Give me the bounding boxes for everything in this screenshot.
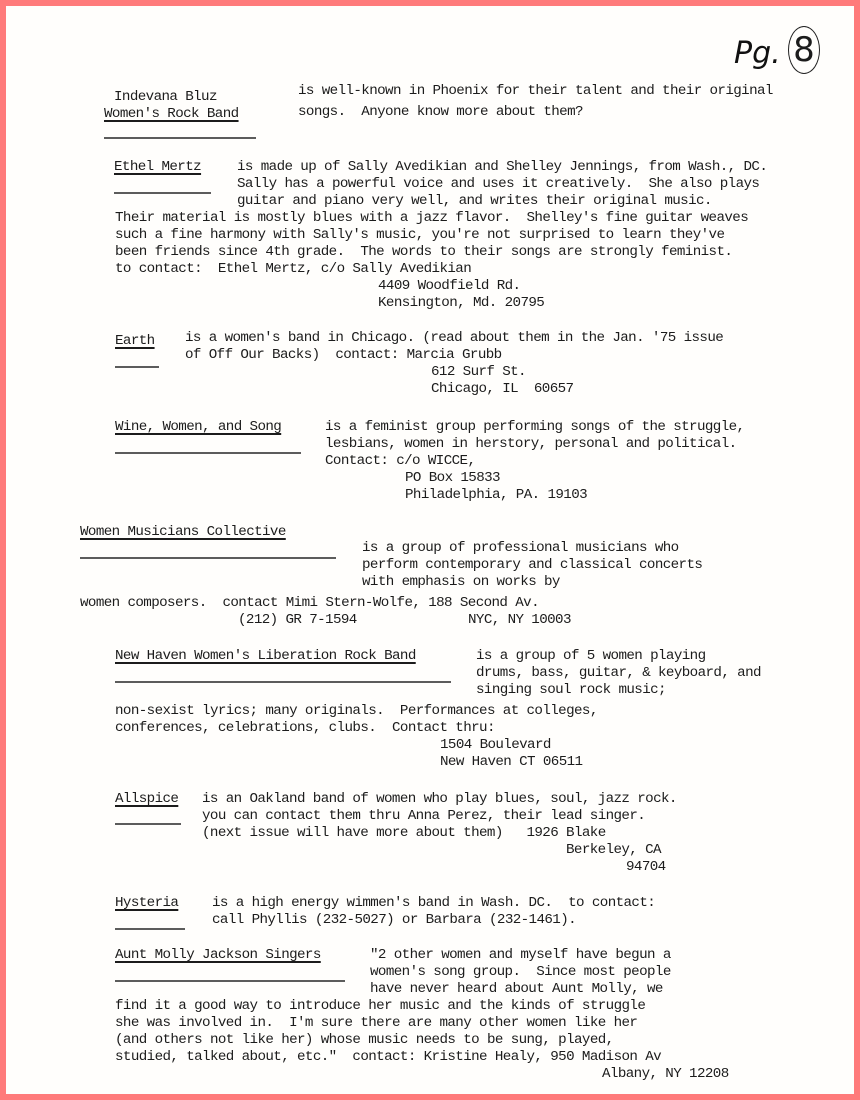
body-line: Sally has a powerful voice and uses it c… <box>237 176 759 192</box>
divider <box>115 928 185 930</box>
entry-name: Women's Rock Band <box>104 106 239 122</box>
body-line: she was involved in. I'm sure there are … <box>115 1015 637 1031</box>
document-page: Pg. 8 Indevana Bluz Women's Rock Band is… <box>6 6 854 1094</box>
divider <box>104 137 256 139</box>
divider <box>115 681 451 683</box>
body-line: drums, bass, guitar, & keyboard, and <box>476 665 761 681</box>
entry-name: Allspice <box>115 791 178 807</box>
divider <box>115 980 345 982</box>
body-line: find it a good way to introduce her musi… <box>115 998 645 1014</box>
phone-number: (212) GR 7-1594 <box>238 612 357 628</box>
address-line: Albany, NY 12208 <box>602 1066 729 1082</box>
body-line: "2 other women and myself have begun a <box>370 947 671 963</box>
divider <box>114 192 211 194</box>
body-line: lesbians, women in herstory, personal an… <box>325 436 737 452</box>
body-line: with emphasis on works by <box>362 574 560 590</box>
address-line: New Haven CT 06511 <box>440 754 582 770</box>
address-line: Berkeley, CA <box>566 842 661 858</box>
body-line: you can contact them thru Anna Perez, th… <box>202 808 645 824</box>
body-line: is a high energy wimmen's band in Wash. … <box>212 895 655 911</box>
entry-name: New Haven Women's Liberation Rock Band <box>115 648 416 664</box>
address-line: 94704 <box>626 859 666 875</box>
body-line: songs. Anyone know more about them? <box>298 104 583 120</box>
address-line: 4409 Woodfield Rd. <box>378 278 520 294</box>
body-line: (and others not like her) whose music ne… <box>115 1032 614 1048</box>
body-line: is well-known in Phoenix for their talen… <box>298 83 773 99</box>
body-line: is a group of professional musicians who <box>362 540 679 556</box>
body-line: studied, talked about, etc." contact: Kr… <box>115 1049 661 1065</box>
address-line: PO Box 15833 <box>405 470 500 486</box>
divider <box>115 452 301 454</box>
body-line: is made up of Sally Avedikian and Shelle… <box>237 159 767 175</box>
address-line: Philadelphia, PA. 19103 <box>405 487 587 503</box>
address-line: 1504 Boulevard <box>440 737 551 753</box>
body-line: singing soul rock music; <box>476 682 666 698</box>
page-marker-prefix: Pg. <box>734 36 781 71</box>
address-line: Chicago, IL 60657 <box>431 381 573 397</box>
body-line: non-sexist lyrics; many originals. Perfo… <box>115 703 598 719</box>
address-line: 612 Surf St. <box>431 364 526 380</box>
body-line: conferences, celebrations, clubs. Contac… <box>115 720 495 736</box>
body-line: guitar and piano very well, and writes t… <box>237 193 712 209</box>
body-line: call Phyllis (232-5027) or Barbara (232-… <box>212 912 576 928</box>
body-line: of Off Our Backs) contact: Marcia Grubb <box>185 347 502 363</box>
body-line: such a fine harmony with Sally's music, … <box>115 227 724 243</box>
body-line: is a women's band in Chicago. (read abou… <box>185 330 723 346</box>
entry-name: Wine, Women, and Song <box>115 419 281 435</box>
entry-name: Hysteria <box>115 895 178 911</box>
entry-name: Indevana Bluz <box>114 89 217 105</box>
body-line: Their material is mostly blues with a ja… <box>115 210 748 226</box>
divider <box>80 557 336 559</box>
address-line: Kensington, Md. 20795 <box>378 295 544 311</box>
body-line: have never heard about Aunt Molly, we <box>370 981 663 997</box>
body-line: been friends since 4th grade. The words … <box>115 244 732 260</box>
entry-name: Women Musicians Collective <box>80 524 286 540</box>
body-line: perform contemporary and classical conce… <box>362 557 702 573</box>
body-line: is a feminist group performing songs of … <box>325 419 744 435</box>
body-line: Contact: c/o WICCE, <box>325 453 475 469</box>
body-line: to contact: Ethel Mertz, c/o Sally Avedi… <box>115 261 471 277</box>
body-line: is a group of 5 women playing <box>476 648 706 664</box>
entry-name: Ethel Mertz <box>114 159 201 175</box>
address-line: NYC, NY 10003 <box>468 612 571 628</box>
divider <box>115 366 159 368</box>
body-line: is an Oakland band of women who play blu… <box>202 791 677 807</box>
entry-name: Aunt Molly Jackson Singers <box>115 947 321 963</box>
page-number: 8 <box>788 26 820 74</box>
body-line: (next issue will have more about them) 1… <box>202 825 606 841</box>
body-line: women composers. contact Mimi Stern-Wolf… <box>80 595 539 611</box>
body-line: women's song group. Since most people <box>370 964 671 980</box>
entry-name: Earth <box>115 333 155 349</box>
divider <box>115 823 181 825</box>
